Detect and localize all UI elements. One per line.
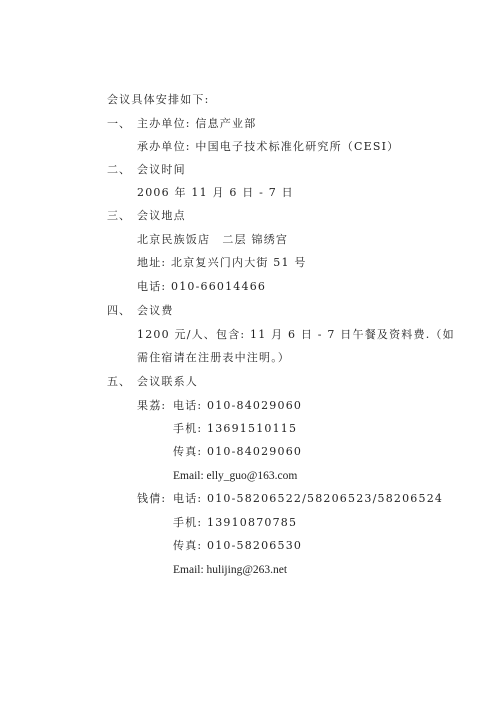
intro-text: 会议具体安排如下: xyxy=(107,93,210,107)
contact-2-email[interactable]: Email: hulijing@263.net xyxy=(173,563,287,577)
contact-2-mobile: 手机: 13910870785 xyxy=(173,516,297,530)
fee-details-line-2: 需住宿请在注册表中注明。） xyxy=(137,351,290,365)
section-number-5: 五、 xyxy=(107,375,131,389)
section-title-organizer: 主办单位: 信息产业部 xyxy=(137,117,256,131)
section-title-contacts: 会议联系人 xyxy=(137,375,198,389)
section-title-time: 会议时间 xyxy=(137,163,186,177)
venue-address: 地址: 北京复兴门内大街 51 号 xyxy=(137,256,307,270)
contact-1-fax: 传真: 010-84029060 xyxy=(173,445,302,459)
section-title-fee: 会议费 xyxy=(137,304,174,318)
contact-1-mobile: 手机: 13691510115 xyxy=(173,422,297,436)
contact-2-phone: 电话: 010-58206522/58206523/58206524 xyxy=(173,492,443,506)
co-organizer-line: 承办单位: 中国电子技术标准化研究所（CESI） xyxy=(137,140,399,154)
fee-details-line-1: 1200 元/人、包含: 11 月 6 日 - 7 日午餐及资料费.（如 xyxy=(137,328,455,342)
contact-2-fax: 传真: 010-58206530 xyxy=(173,539,302,553)
meeting-date: 2006 年 11 月 6 日 - 7 日 xyxy=(137,186,294,200)
section-number-2: 二、 xyxy=(107,163,131,177)
section-number-4: 四、 xyxy=(107,304,131,318)
contact-1-name: 果荔: xyxy=(137,399,166,413)
venue-name: 北京民族饭店 二层 锦绣宫 xyxy=(137,233,288,247)
contact-2-name: 钱倩: xyxy=(137,492,166,506)
venue-phone: 电话: 010-66014466 xyxy=(137,280,266,294)
contact-1-phone: 电话: 010-84029060 xyxy=(173,399,302,413)
section-title-venue: 会议地点 xyxy=(137,209,186,223)
contact-1-email[interactable]: Email: elly_guo@163.com xyxy=(173,469,297,483)
document-page: 会议具体安排如下: 一、 主办单位: 信息产业部 承办单位: 中国电子技术标准化… xyxy=(0,0,500,707)
section-number-1: 一、 xyxy=(107,117,131,131)
section-number-3: 三、 xyxy=(107,209,131,223)
